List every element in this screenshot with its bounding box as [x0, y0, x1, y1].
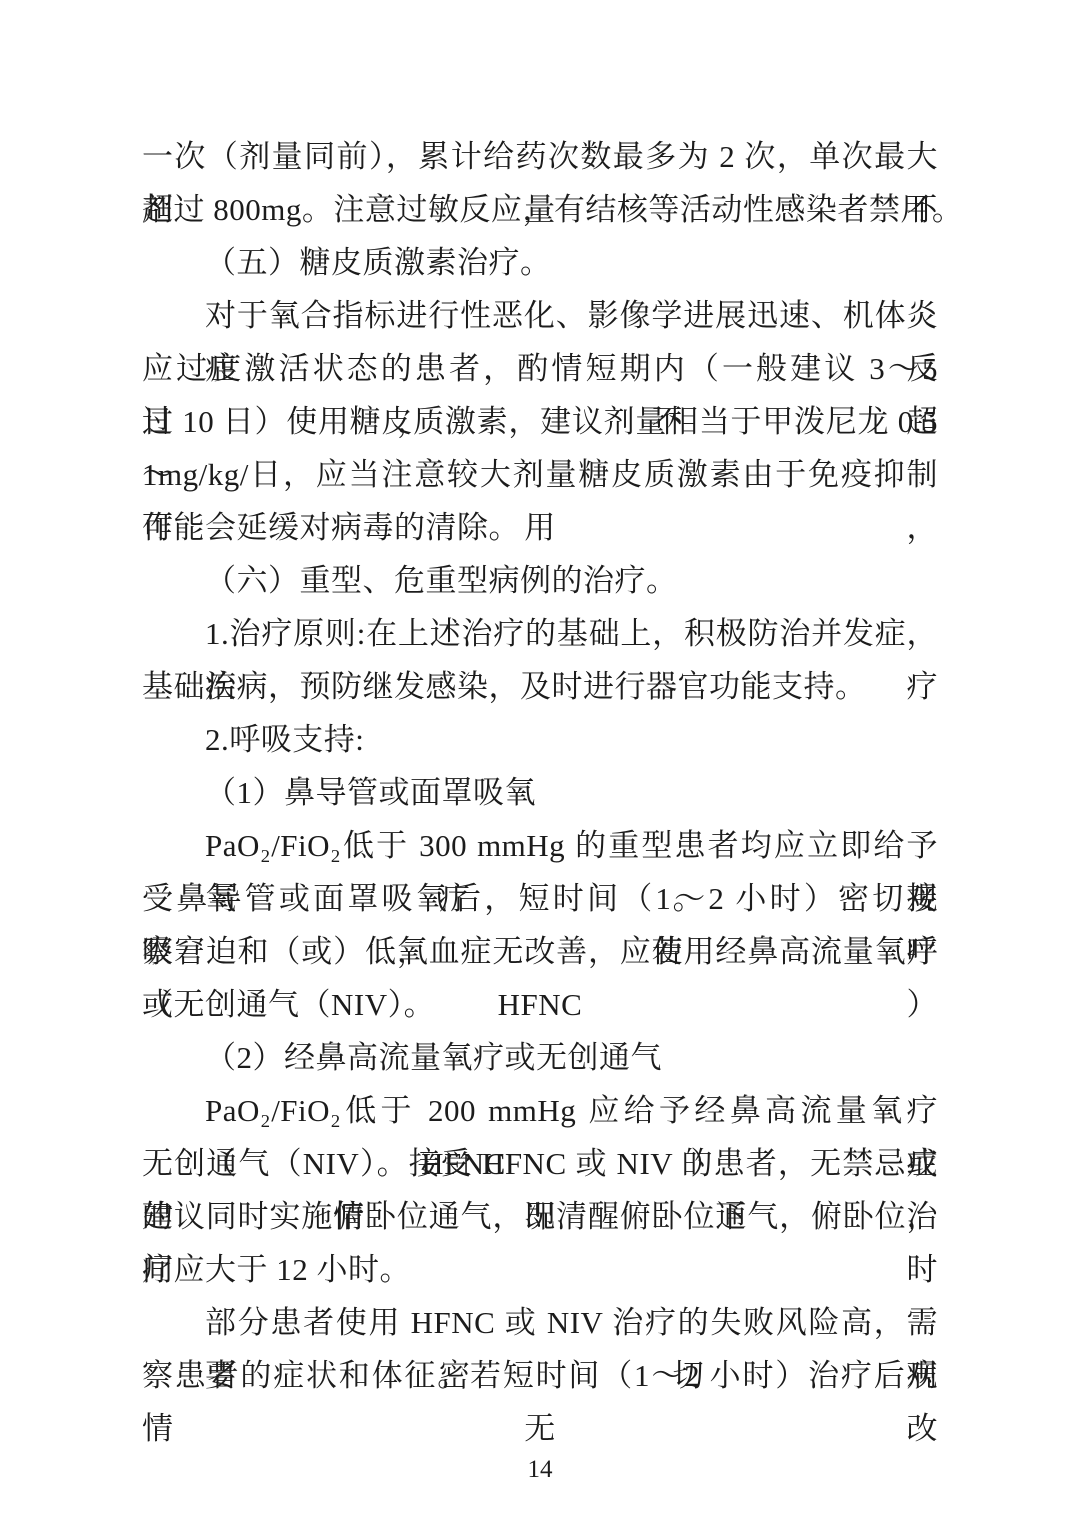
text-line: 应过度激活状态的患者，酌情短期内（一般建议 3～5 日，不超: [142, 342, 938, 395]
subsection-heading: （1）鼻导管或面罩吸氧: [142, 766, 938, 819]
text-line: 无创通气（NIV）。接受 HFNC 或 NIV 的患者，无禁忌症的情况下，: [142, 1137, 938, 1190]
text-line: 受鼻导管或面罩吸氧后，短时间（1～2 小时）密切观察，若呼: [142, 872, 938, 925]
text-line: 过 10 日）使用糖皮质激素，建议剂量相当于甲泼尼龙 0.5～: [142, 395, 938, 448]
text-line: 部分患者使用 HFNC 或 NIV 治疗的失败风险高，需要密切观: [142, 1296, 938, 1349]
text-line: 1.治疗原则:在上述治疗的基础上，积极防治并发症，治疗: [142, 607, 938, 660]
text-line: 1mg/kg/日，应当注意较大剂量糖皮质激素由于免疫抑制作用，: [142, 448, 938, 501]
subsection-heading: 2.呼吸支持:: [142, 713, 938, 766]
page-number: 14: [0, 1450, 1080, 1490]
document-page: 一次（剂量同前），累计给药次数最多为 2 次，单次最大剂量不 超过 800mg。…: [0, 0, 1080, 1527]
section-heading: （五）糖皮质激素治疗。: [142, 236, 938, 289]
text-line: 基础疾病，预防继发感染，及时进行器官功能支持。: [142, 660, 938, 713]
text-line: PaO₂/FiO₂低于 200 mmHg 应给予经鼻高流量氧疗（HFNC）或: [142, 1084, 938, 1137]
text-line: 吸窘迫和（或）低氧血症无改善，应使用经鼻高流量氧疗（HFNC）: [142, 925, 938, 978]
subsection-heading: （2）经鼻高流量氧疗或无创通气: [142, 1031, 938, 1084]
text-line: 一次（剂量同前），累计给药次数最多为 2 次，单次最大剂量不: [142, 130, 938, 183]
document-body: 一次（剂量同前），累计给药次数最多为 2 次，单次最大剂量不 超过 800mg。…: [142, 130, 938, 1402]
text-line: 超过 800mg。注意过敏反应，有结核等活动性感染者禁用。: [142, 183, 938, 236]
text-line: PaO₂/FiO₂低于 300 mmHg 的重型患者均应立即给予氧疗。接: [142, 819, 938, 872]
section-heading: （六）重型、危重型病例的治疗。: [142, 554, 938, 607]
text-line: 建议同时实施俯卧位通气，即清醒俯卧位通气，俯卧位治疗时: [142, 1190, 938, 1243]
text-line: 察患者的症状和体征。若短时间（1～2 小时）治疗后病情无改: [142, 1349, 938, 1402]
text-line: 对于氧合指标进行性恶化、影像学进展迅速、机体炎症反: [142, 289, 938, 342]
